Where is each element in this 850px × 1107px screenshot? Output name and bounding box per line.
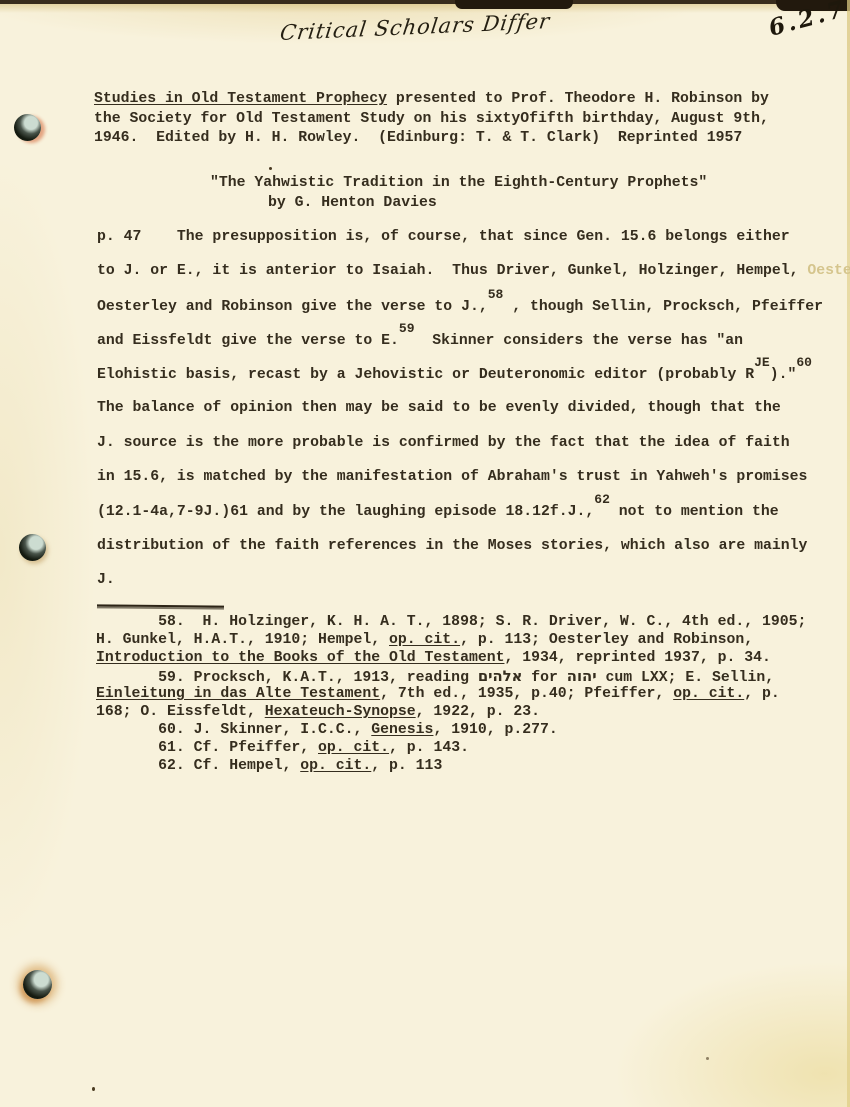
body-line: Oesterley and Robinson give the verse to… <box>97 297 823 317</box>
body-line: The balance of opinion then may be said … <box>97 399 781 418</box>
header-line: Studies in Old Testament Prophecy presen… <box>94 90 769 109</box>
header-line: the Society for Old Testament Study on h… <box>94 110 769 129</box>
binder-hole-middle <box>19 534 46 561</box>
scan-top-shadow-band <box>0 4 850 13</box>
footnote-line: 58. H. Holzinger, K. H. A. T., 1898; S. … <box>96 613 806 632</box>
body-line: to J. or E., it is anterior to Isaiah. T… <box>97 262 850 281</box>
footnote-line: Introduction to the Books of the Old Tes… <box>96 649 771 668</box>
body-line: Elohistic basis, recast by a Jehovistic … <box>97 365 812 385</box>
body-line: (12.1-4a,7-9J.)61 and by the laughing ep… <box>97 502 779 522</box>
footnote-line: 60. J. Skinner, I.C.C., Genesis, 1910, p… <box>96 721 558 740</box>
ink-speck <box>92 1087 95 1091</box>
body-line: J. <box>97 571 115 590</box>
footnote-line: Einleitung in das Alte Testament, 7th ed… <box>96 685 780 704</box>
article-byline: by G. Henton Davies <box>268 194 437 213</box>
footnote-line: H. Gunkel, H.A.T., 1910; Hempel, op. cit… <box>96 631 753 650</box>
ink-speck <box>706 1057 709 1060</box>
body-line: distribution of the faith references in … <box>97 537 807 556</box>
body-line: and Eissfeldt give the verse to E.59 Ski… <box>97 331 743 351</box>
binder-hole-top <box>14 114 41 141</box>
ink-speck <box>269 167 272 170</box>
handwritten-note: Critical Scholars Differ <box>279 9 552 45</box>
footnote-line: 61. Cf. Pfeiffer, op. cit., p. 143. <box>96 739 469 758</box>
article-title: "The Yahwistic Tradition in the Eighth-C… <box>210 174 707 193</box>
header-line: 1946. Edited by H. H. Rowley. (Edinburg:… <box>94 129 742 148</box>
body-line: p. 47 The presupposition is, of course, … <box>97 228 790 247</box>
scan-top-blob <box>455 0 573 9</box>
footnote-line: 168; O. Eissfeldt, Hexateuch-Synopse, 19… <box>96 703 540 722</box>
document-page: Critical Scholars Differ 6.2.7 Studies i… <box>0 0 850 1107</box>
body-line: in 15.6, is matched by the manifestation… <box>97 468 807 487</box>
body-line: J. source is the more probable is confir… <box>97 434 790 453</box>
footnote-rule <box>97 604 224 607</box>
footnote-line: 62. Cf. Hempel, op. cit., p. 113 <box>96 757 442 776</box>
binder-hole-bottom <box>23 970 52 999</box>
